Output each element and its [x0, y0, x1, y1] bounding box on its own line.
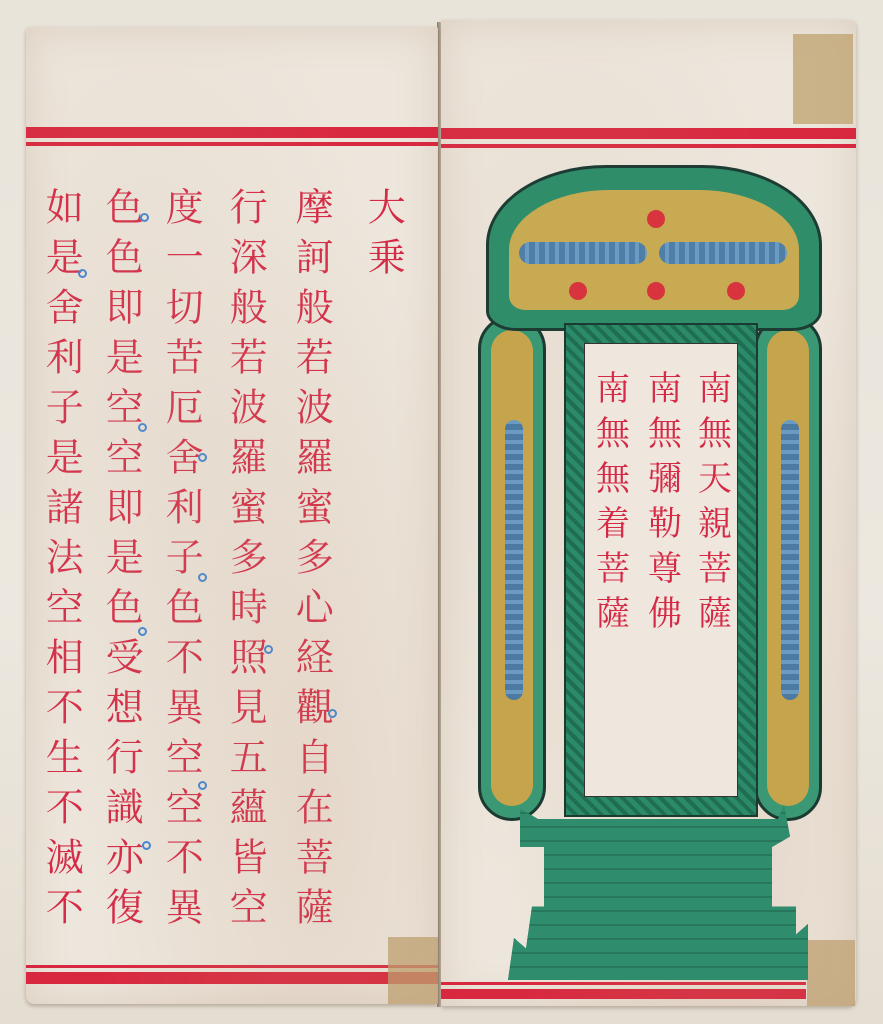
tablet-base: [508, 805, 808, 980]
lotus-flower-icon: [727, 282, 745, 300]
top-border-thick: [441, 128, 856, 139]
punctuation-circle: [198, 781, 207, 790]
column-text: 大乗: [358, 187, 408, 287]
tablet-column-3: 南無無着菩薩: [586, 370, 632, 640]
column-text: 摩訶般若波羅蜜多心経觀自在菩薩: [286, 187, 336, 937]
tablet-column-1: 南無天親菩薩: [688, 370, 734, 640]
tablet-text: 南無天親菩薩: [689, 370, 734, 640]
top-border-thin: [441, 144, 856, 148]
punctuation-circle: [140, 213, 149, 222]
punctuation-circle: [264, 645, 273, 654]
bottom-border-thick: [441, 989, 806, 999]
punctuation-circle: [198, 453, 207, 462]
text-column-6: 如是舍利子是諸法空相不生不滅不: [38, 187, 84, 937]
punctuation-circle: [328, 709, 337, 718]
punctuation-circle: [138, 423, 147, 432]
text-column-2: 摩訶般若波羅蜜多心経觀自在菩薩: [288, 187, 334, 937]
text-column-3: 行深般若波羅蜜多時照見五蘊皆空: [222, 187, 268, 937]
repair-tape: [388, 937, 438, 1004]
punctuation-circle: [198, 573, 207, 582]
memorial-tablet-illustration: 南無天親菩薩 南無彌勒尊佛 南無無着菩薩: [478, 165, 838, 985]
flaming-pearl-icon: [647, 210, 665, 228]
lotus-flower-icon: [569, 282, 587, 300]
tablet-crown: [486, 165, 822, 331]
bottom-border-thick: [26, 972, 438, 984]
repair-tape: [793, 34, 853, 124]
tablet-text: 南無彌勒尊佛: [639, 370, 684, 640]
top-border-thick: [26, 127, 438, 138]
punctuation-circle: [138, 627, 147, 636]
dragon-crown-right-icon: [659, 242, 787, 264]
text-column-5: 色色即是空空即是色受想行識亦復: [98, 187, 144, 937]
dragon-right-icon: [781, 420, 799, 700]
dragon-crown-left-icon: [519, 242, 647, 264]
top-border-thin: [26, 142, 438, 146]
dragon-left-icon: [505, 420, 523, 700]
column-text: 行深般若波羅蜜多時照見五蘊皆空: [220, 187, 270, 937]
left-side-panel: [478, 315, 546, 821]
text-column-1: 大乗: [360, 187, 406, 287]
punctuation-circle: [142, 841, 151, 850]
lotus-flower-icon: [647, 282, 665, 300]
text-column-4: 度一切苦厄舍利子色不異空空不異: [158, 187, 204, 937]
column-text: 色色即是空空即是色受想行識亦復: [96, 187, 146, 937]
column-text: 度一切苦厄舍利子色不異空空不異: [156, 187, 206, 937]
tablet-text: 南無無着菩薩: [587, 370, 632, 640]
punctuation-circle: [78, 269, 87, 278]
tablet-column-2: 南無彌勒尊佛: [638, 370, 684, 640]
column-text: 如是舍利子是諸法空相不生不滅不: [36, 187, 86, 937]
right-side-panel: [754, 315, 822, 821]
bottom-border-thin: [26, 965, 438, 968]
left-page: 大乗 摩訶般若波羅蜜多心経觀自在菩薩 行深般若波羅蜜多時照見五蘊皆空 度一切苦厄…: [26, 27, 438, 1004]
